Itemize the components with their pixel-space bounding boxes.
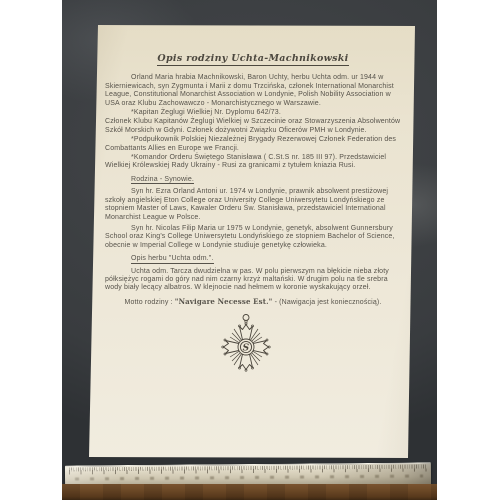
document-content: Opis rodziny Uchta-Machnikowski Orland M… [105,55,401,379]
motto-line: Motto rodziny : "Navigare Necesse Est." … [105,298,401,307]
left-white-margin [0,0,62,500]
motto-prefix: Motto rodziny : [125,299,175,306]
right-white-margin [437,0,500,500]
herb-heading: Opis herbu "Uchta odm.". [131,255,401,263]
czlonek-paragraph: Członek Klubu Kapitanów Żeglugi Wielkiej… [105,118,401,135]
paper-document: Opis rodziny Uchta-Machnikowski Orland M… [89,25,415,458]
herb-paragraph: Uchta odm. Tarcza dwudzielna w pas. W po… [105,268,401,293]
emblem-monogram: S [243,344,250,354]
wooden-strip [62,484,437,500]
intro-paragraph: Orland Maria hrabia Machnikowski, Baron … [105,74,401,108]
rodzina-heading: Rodzina - Synowie. [131,176,401,184]
motto-text: "Navigare Necesse Est." [175,297,273,306]
document-title-text: Opis rodziny Uchta-Machnikowski [157,53,348,66]
photo-listing-canvas: Opis rodziny Uchta-Machnikowski Orland M… [0,0,500,500]
syn1-paragraph: Syn hr. Ezra Orland Antoni ur. 1974 w Lo… [105,188,401,222]
syn2-paragraph: Syn hr. Nicolas Filip Maria ur 1975 w Lo… [105,225,401,250]
photo-dark-background: Opis rodziny Uchta-Machnikowski Orland M… [62,0,437,500]
komandor-paragraph: *Komandor Orderu Świętego Stanisława ( C… [105,154,401,171]
document-title: Opis rodziny Uchta-Machnikowski [105,55,401,63]
motto-suffix: - (Nawigacja jest koniecznością). [272,299,381,306]
emblem-container: S [105,313,401,378]
order-star-icon: S [219,313,273,375]
kapitan-line: *Kapitan Żeglugi Wielkiej Nr. Dyplomu 64… [105,109,401,117]
podpulkownik-paragraph: *Podpułkownik Polskiej Niezależnej Bryga… [105,136,401,153]
